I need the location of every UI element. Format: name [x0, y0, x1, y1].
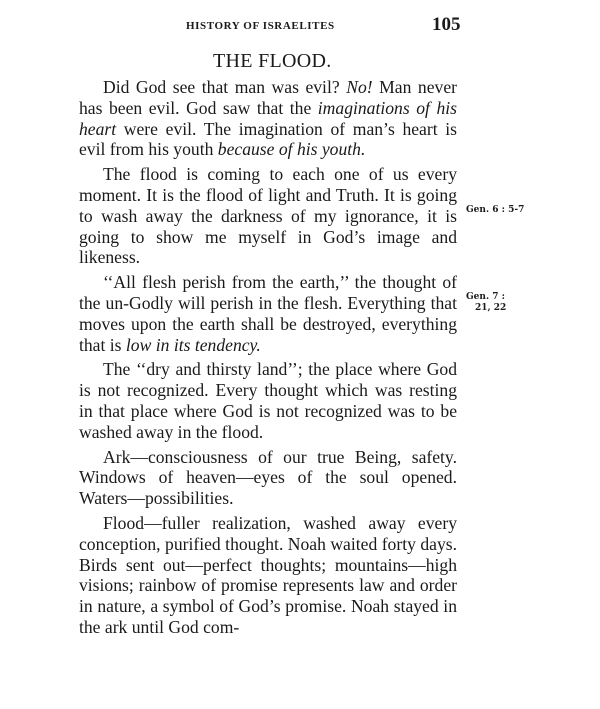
body-text: Did God see that man was evil? No! Man n… [79, 77, 457, 642]
text-run: The ‘‘dry and thirsty land’’; the place … [79, 359, 457, 441]
paragraph: ‘‘All flesh perish from the earth,’’ the… [79, 272, 457, 355]
margin-note-line: Gen. 6 : 5-7 [466, 205, 524, 216]
italic-text: because of his youth. [218, 139, 366, 159]
text-run: The flood is coming to each one of us ev… [79, 164, 457, 267]
paragraph: The flood is coming to each one of us ev… [79, 164, 457, 268]
margin-note-reference: Gen. 6 : 5-7 [466, 205, 524, 216]
text-run: Flood—fuller realization, washed away ev… [79, 513, 457, 637]
chapter-title: THE FLOOD. [213, 50, 332, 73]
paragraph: Flood—fuller realization, washed away ev… [79, 513, 457, 638]
text-run: Ark—consciousness of our true Being, saf… [79, 447, 457, 509]
page-number: 105 [432, 14, 461, 36]
margin-note-line: 21, 22 [466, 303, 506, 314]
running-head: HISTORY OF ISRAELITES [186, 20, 335, 32]
book-page: HISTORY OF ISRAELITES 105 THE FLOOD. Did… [0, 0, 600, 709]
margin-note-reference: Gen. 7 : 21, 22 [466, 292, 506, 314]
paragraph: Did God see that man was evil? No! Man n… [79, 77, 457, 160]
paragraph: Ark—consciousness of our true Being, saf… [79, 447, 457, 509]
paragraph: The ‘‘dry and thirsty land’’; the place … [79, 359, 457, 442]
margin-note-line: Gen. 7 : [466, 292, 506, 303]
italic-text: low in its tendency. [126, 335, 261, 355]
text-run: Did God see that man was evil? [103, 77, 346, 97]
italic-text: No! [346, 77, 372, 97]
